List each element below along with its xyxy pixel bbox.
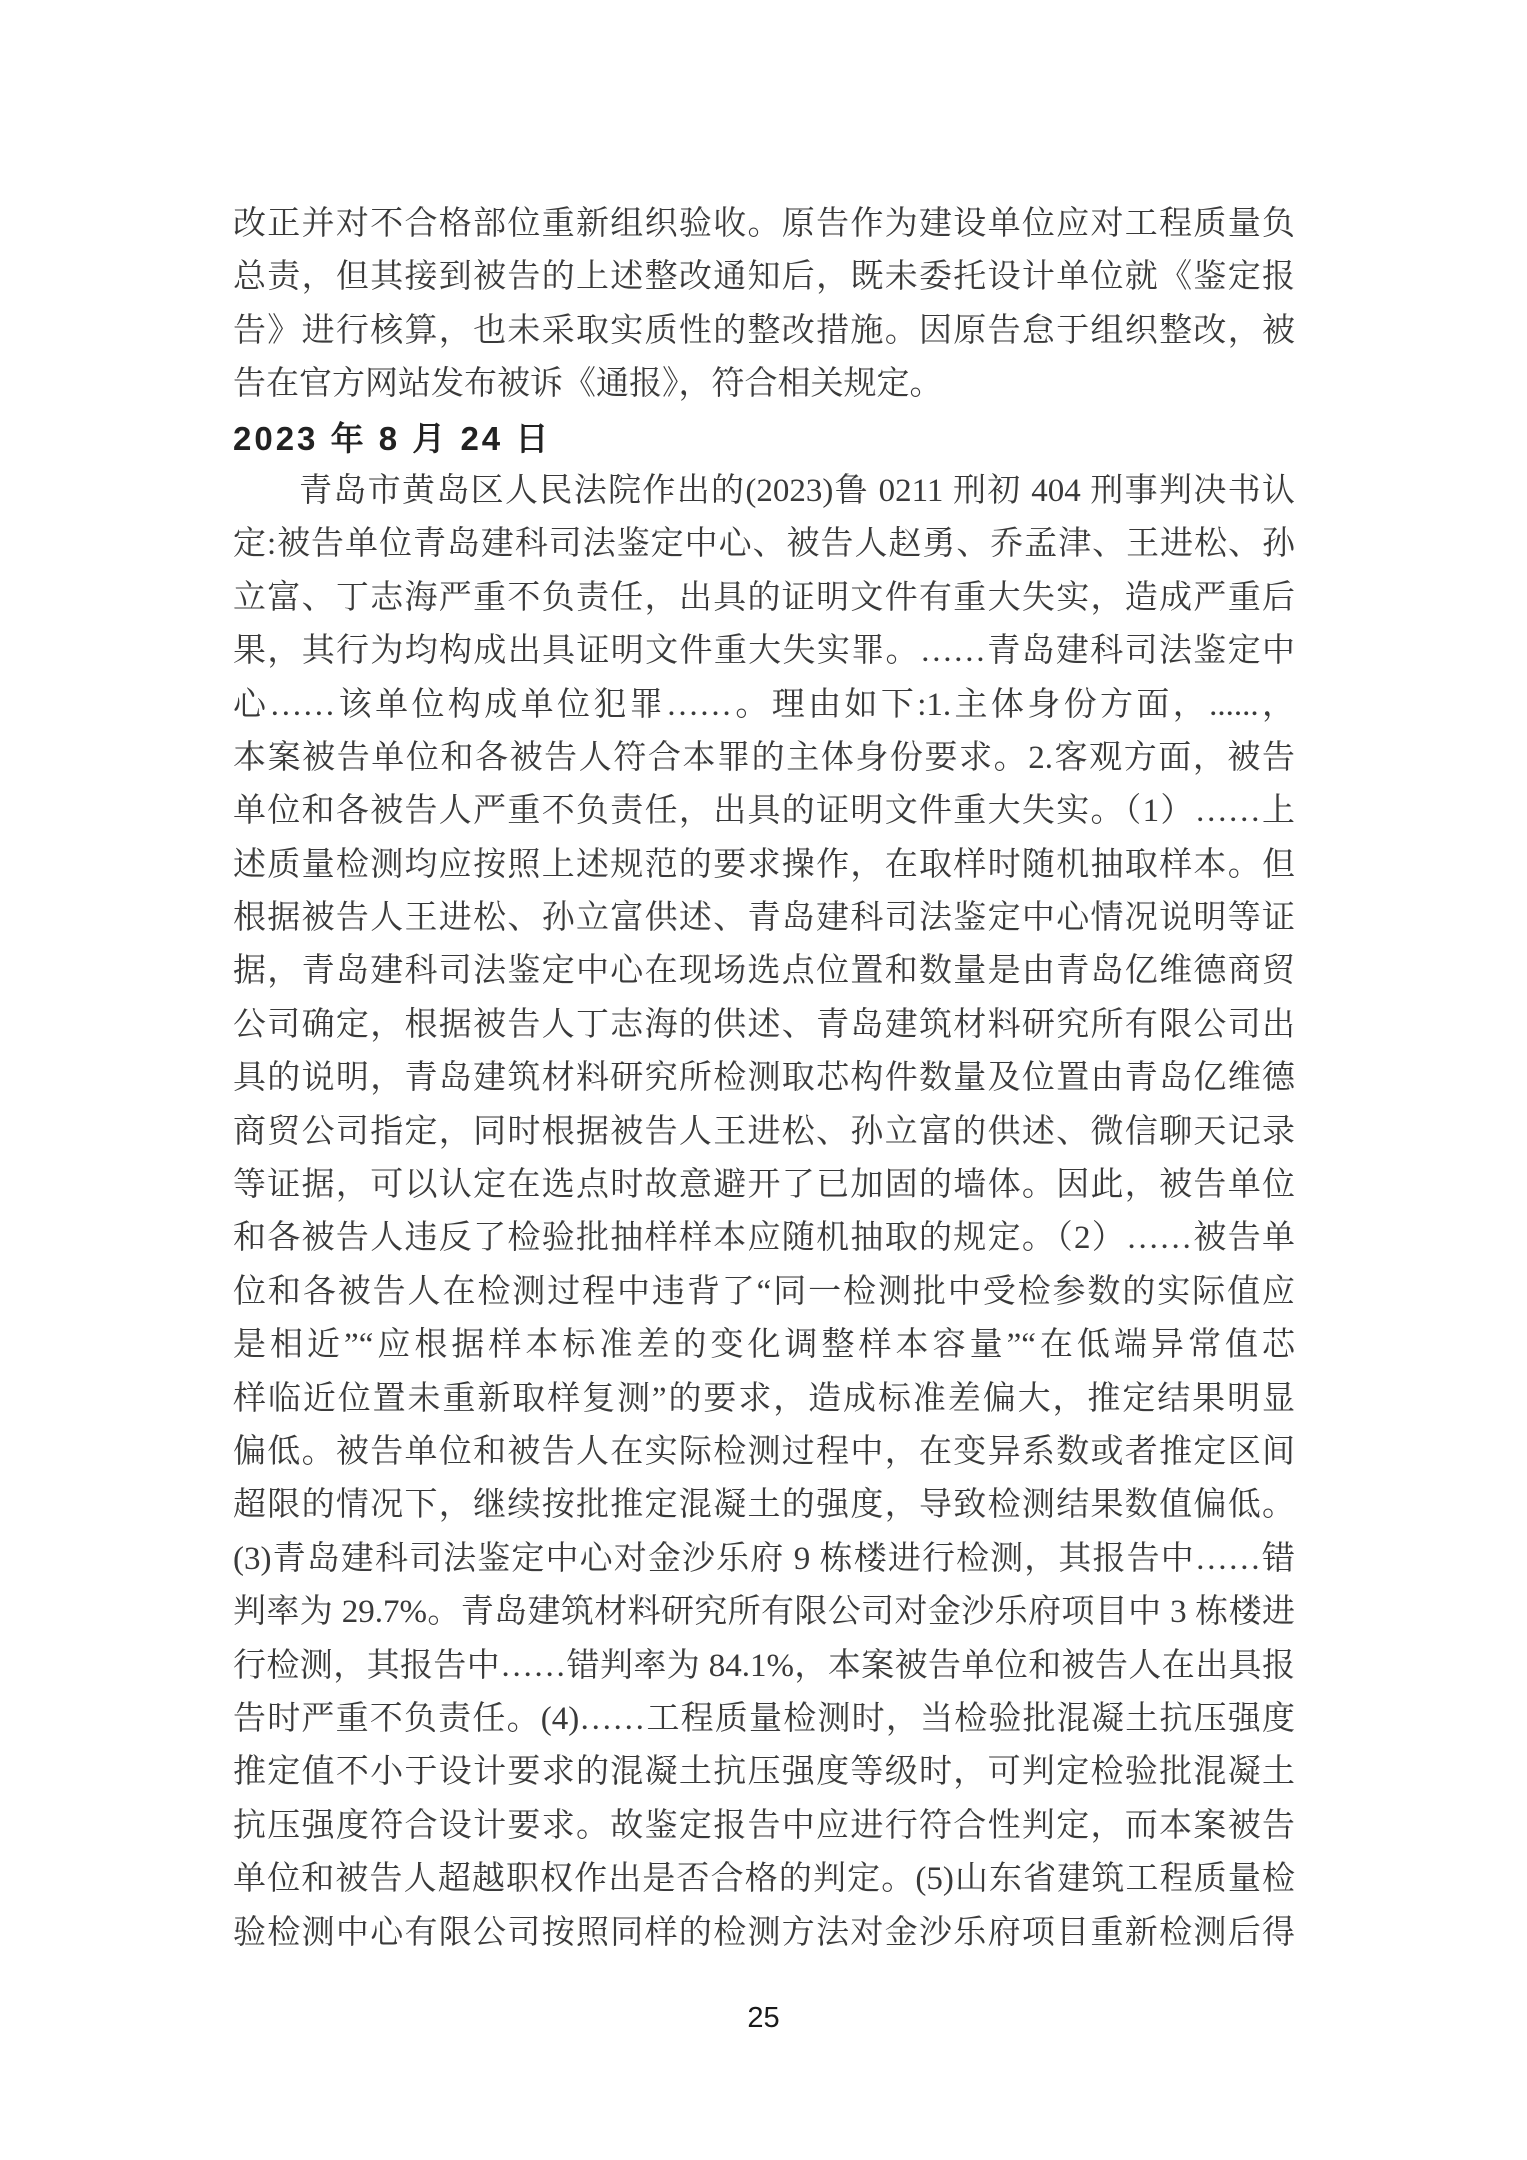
text-line: 立富、丁志海严重不负责任，出具的证明文件有重大失实，造成严重后	[233, 572, 1295, 625]
text-line: 和各被告人违反了检验批抽样样本应随机抽取的规定。（2）……被告单	[233, 1212, 1295, 1265]
text-line: 位和各被告人在检测过程中违背了“同一检测批中受检参数的实际值应	[233, 1266, 1295, 1319]
text-line: 超限的情况下，继续按批推定混凝土的强度，导致检测结果数值偏低。	[233, 1479, 1295, 1532]
text-line: 总责，但其接到被告的上述整改通知后，既未委托设计单位就《鉴定报	[233, 251, 1295, 304]
document-page: 改正并对不合格部位重新组织验收。原告作为建设单位应对工程质量负总责，但其接到被告…	[0, 0, 1527, 2160]
body-text-block: 改正并对不合格部位重新组织验收。原告作为建设单位应对工程质量负总责，但其接到被告…	[233, 198, 1295, 1960]
text-line: 等证据，可以认定在选点时故意避开了已加固的墙体。因此，被告单位	[233, 1159, 1295, 1212]
date-line: 2023 年 8 月 24 日	[233, 412, 1295, 465]
text-line: 判率为 29.7%。青岛建筑材料研究所有限公司对金沙乐府项目中 3 栋楼进	[233, 1586, 1295, 1639]
text-line: 抗压强度符合设计要求。故鉴定报告中应进行符合性判定，而本案被告	[233, 1800, 1295, 1853]
text-line: 定:被告单位青岛建科司法鉴定中心、被告人赵勇、乔孟津、王进松、孙	[233, 518, 1295, 571]
page-number: 25	[0, 1998, 1527, 2038]
text-line: 具的说明，青岛建筑材料研究所检测取芯构件数量及位置由青岛亿维德	[233, 1052, 1295, 1105]
text-line: 验检测中心有限公司按照同样的检测方法对金沙乐府项目重新检测后得	[233, 1907, 1295, 1960]
text-line: 述质量检测均应按照上述规范的要求操作，在取样时随机抽取样本。但	[233, 839, 1295, 892]
text-line: 告》进行核算，也未采取实质性的整改措施。因原告怠于组织整改，被	[233, 305, 1295, 358]
text-line: 推定值不小于设计要求的混凝土抗压强度等级时，可判定检验批混凝土	[233, 1746, 1295, 1799]
text-line: 单位和被告人超越职权作出是否合格的判定。(5)山东省建筑工程质量检	[233, 1853, 1295, 1906]
text-line: 公司确定，根据被告人丁志海的供述、青岛建筑材料研究所有限公司出	[233, 999, 1295, 1052]
text-line: 根据被告人王进松、孙立富供述、青岛建科司法鉴定中心情况说明等证	[233, 892, 1295, 945]
text-line: 是相近”“应根据样本标准差的变化调整样本容量”“在低端异常值芯	[233, 1319, 1295, 1372]
text-line: 偏低。被告单位和被告人在实际检测过程中，在变异系数或者推定区间	[233, 1426, 1295, 1479]
text-line: 据，青岛建科司法鉴定中心在现场选点位置和数量是由青岛亿维德商贸	[233, 945, 1295, 998]
text-line: 告在官方网站发布被诉《通报》，符合相关规定。	[233, 358, 1295, 411]
text-line: 样临近位置未重新取样复测”的要求，造成标准差偏大，推定结果明显	[233, 1373, 1295, 1426]
text-line: 心……该单位构成单位犯罪……。理由如下:1.主体身份方面，......，	[233, 679, 1295, 732]
text-line: 改正并对不合格部位重新组织验收。原告作为建设单位应对工程质量负	[233, 198, 1295, 251]
text-line: 商贸公司指定，同时根据被告人王进松、孙立富的供述、微信聊天记录	[233, 1106, 1295, 1159]
text-line: 青岛市黄岛区人民法院作出的(2023)鲁 0211 刑初 404 刑事判决书认	[233, 465, 1295, 518]
text-line: 单位和各被告人严重不负责任，出具的证明文件重大失实。（1）……上	[233, 785, 1295, 838]
text-line: 告时严重不负责任。(4)……工程质量检测时，当检验批混凝土抗压强度	[233, 1693, 1295, 1746]
text-line: 行检测，其报告中……错判率为 84.1%，本案被告单位和被告人在出具报	[233, 1640, 1295, 1693]
text-line: 本案被告单位和各被告人符合本罪的主体身份要求。2.客观方面，被告	[233, 732, 1295, 785]
text-line: 果，其行为均构成出具证明文件重大失实罪。……青岛建科司法鉴定中	[233, 625, 1295, 678]
text-line: (3)青岛建科司法鉴定中心对金沙乐府 9 栋楼进行检测，其报告中……错	[233, 1533, 1295, 1586]
